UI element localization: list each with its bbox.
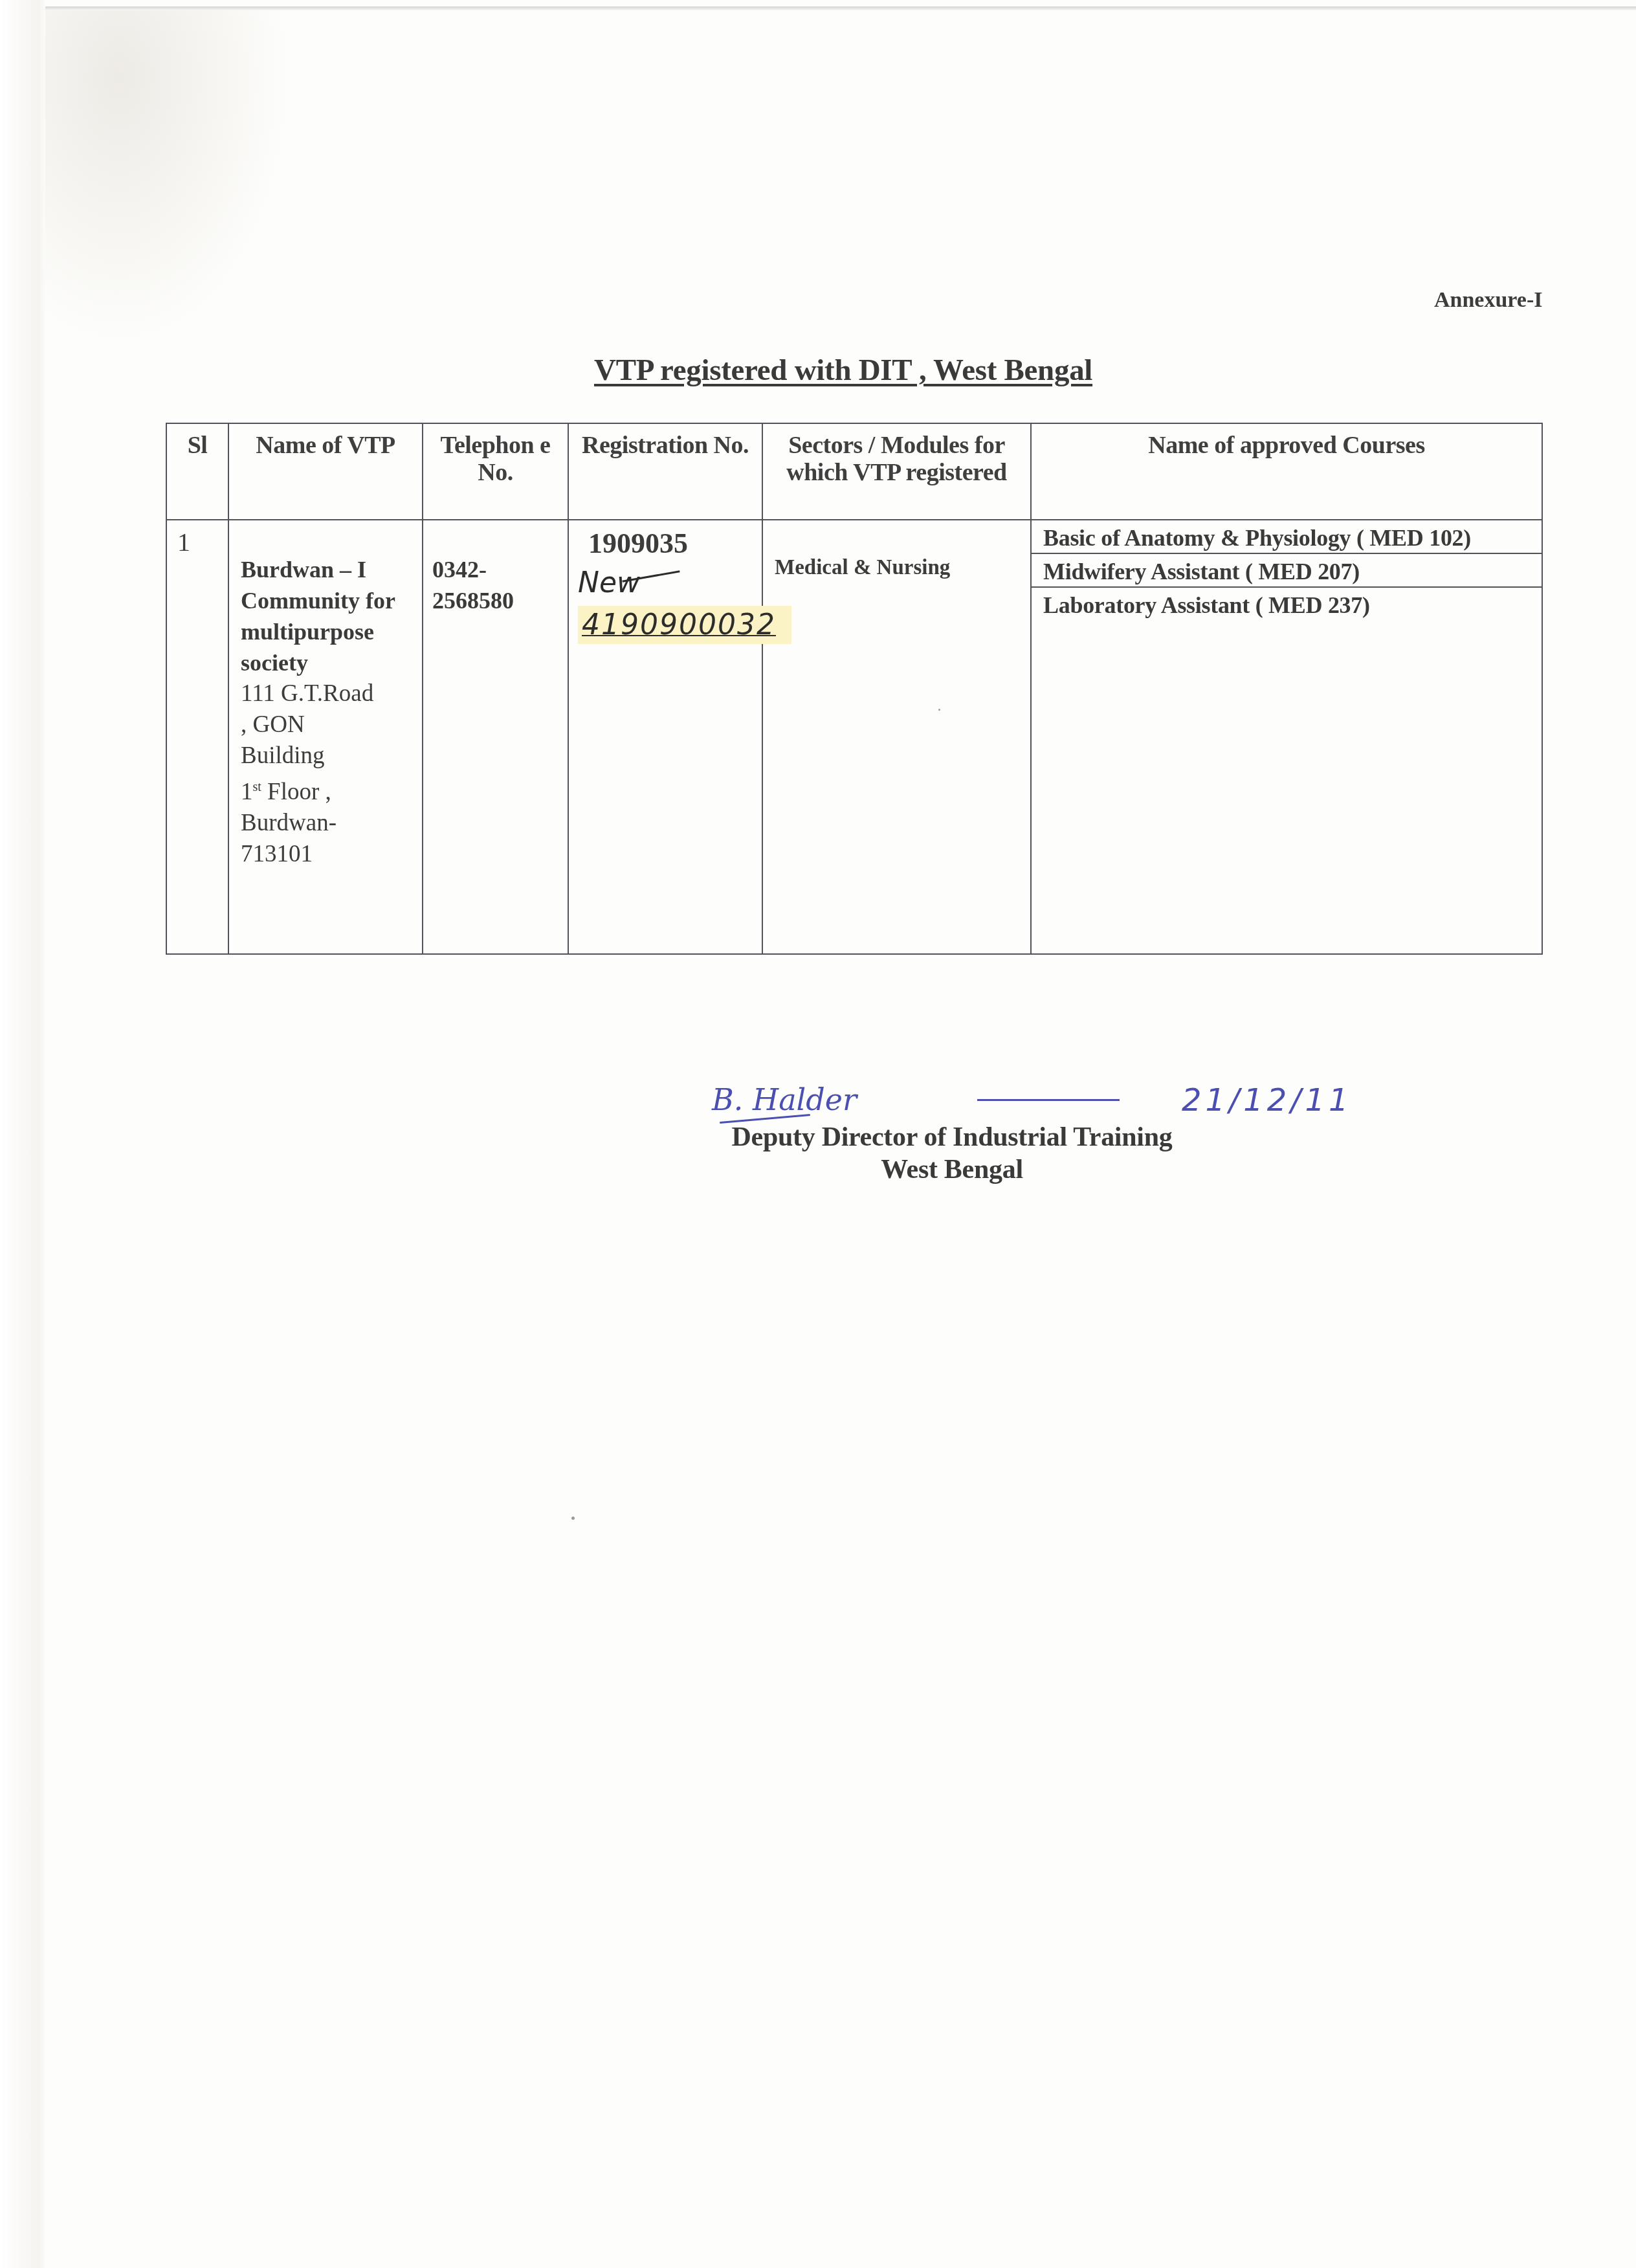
cell-sl: 1 xyxy=(166,520,228,954)
cell-courses: Basic of Anatomy & Physiology ( MED 102)… xyxy=(1031,520,1542,954)
cell-sector: Medical & Nursing xyxy=(762,520,1031,954)
registration-number: 1909035 xyxy=(588,527,762,560)
cell-vtp-name: Burdwan – I Community for multipurpose s… xyxy=(228,520,423,954)
cell-telephone: 0342- 2568580 xyxy=(423,520,568,954)
page-title: VTP registered with DIT , West Bengal xyxy=(594,353,1092,388)
header-approved-courses: Name of approved Courses xyxy=(1031,423,1542,520)
course-item: Laboratory Assistant ( MED 237) xyxy=(1032,588,1542,620)
signature-stroke xyxy=(977,1099,1120,1101)
paper-smudge xyxy=(45,10,291,347)
vtp-address-city: Burdwan- xyxy=(241,808,422,839)
floor-text: Floor , xyxy=(261,779,331,805)
course-item: Midwifery Assistant ( MED 207) xyxy=(1032,554,1542,588)
vtp-table: Sl Name of VTP Telephon e No. Registrati… xyxy=(166,423,1543,955)
designation-location: West Bengal xyxy=(703,1153,1200,1186)
header-registration-no: Registration No. xyxy=(568,423,762,520)
vtp-address-line: Building xyxy=(241,740,422,772)
designation-title: Deputy Director of Industrial Training xyxy=(703,1121,1200,1153)
paper-speck xyxy=(571,1517,575,1520)
table-row: 1 Burdwan – I Community for multipurpose… xyxy=(166,520,1542,954)
vtp-address-pin: 713101 xyxy=(241,839,422,870)
vtp-address-floor: 1st Floor , xyxy=(241,772,422,808)
handwritten-registration-number: 4190900032 xyxy=(578,606,791,644)
header-name-of-vtp: Name of VTP xyxy=(228,423,423,520)
designation-block: Deputy Director of Industrial Training W… xyxy=(703,1121,1200,1186)
course-item: Basic of Anatomy & Physiology ( MED 102) xyxy=(1032,520,1542,554)
vtp-address-line: , GON xyxy=(241,709,422,740)
annexure-label: Annexure-I xyxy=(1434,288,1543,313)
header-sectors-modules: Sectors / Modules for which VTP register… xyxy=(762,423,1031,520)
scan-edge xyxy=(0,0,45,2268)
header-sl: Sl xyxy=(166,423,228,520)
paper-speck xyxy=(938,709,940,711)
table-header-row: Sl Name of VTP Telephon e No. Registrati… xyxy=(166,423,1542,520)
header-telephone: Telephon e No. xyxy=(423,423,568,520)
handwritten-note: New xyxy=(578,566,762,599)
floor-suffix: st xyxy=(253,780,261,794)
floor-number: 1 xyxy=(241,779,253,805)
signature-date: 21/12/11 xyxy=(1182,1082,1353,1118)
signature: B. Halder xyxy=(712,1082,857,1117)
vtp-address-line: 111 G.T.Road xyxy=(241,678,422,709)
vtp-name: Burdwan – I Community for multipurpose s… xyxy=(241,554,422,678)
cell-registration-no: 1909035 New 4190900032 xyxy=(568,520,762,954)
